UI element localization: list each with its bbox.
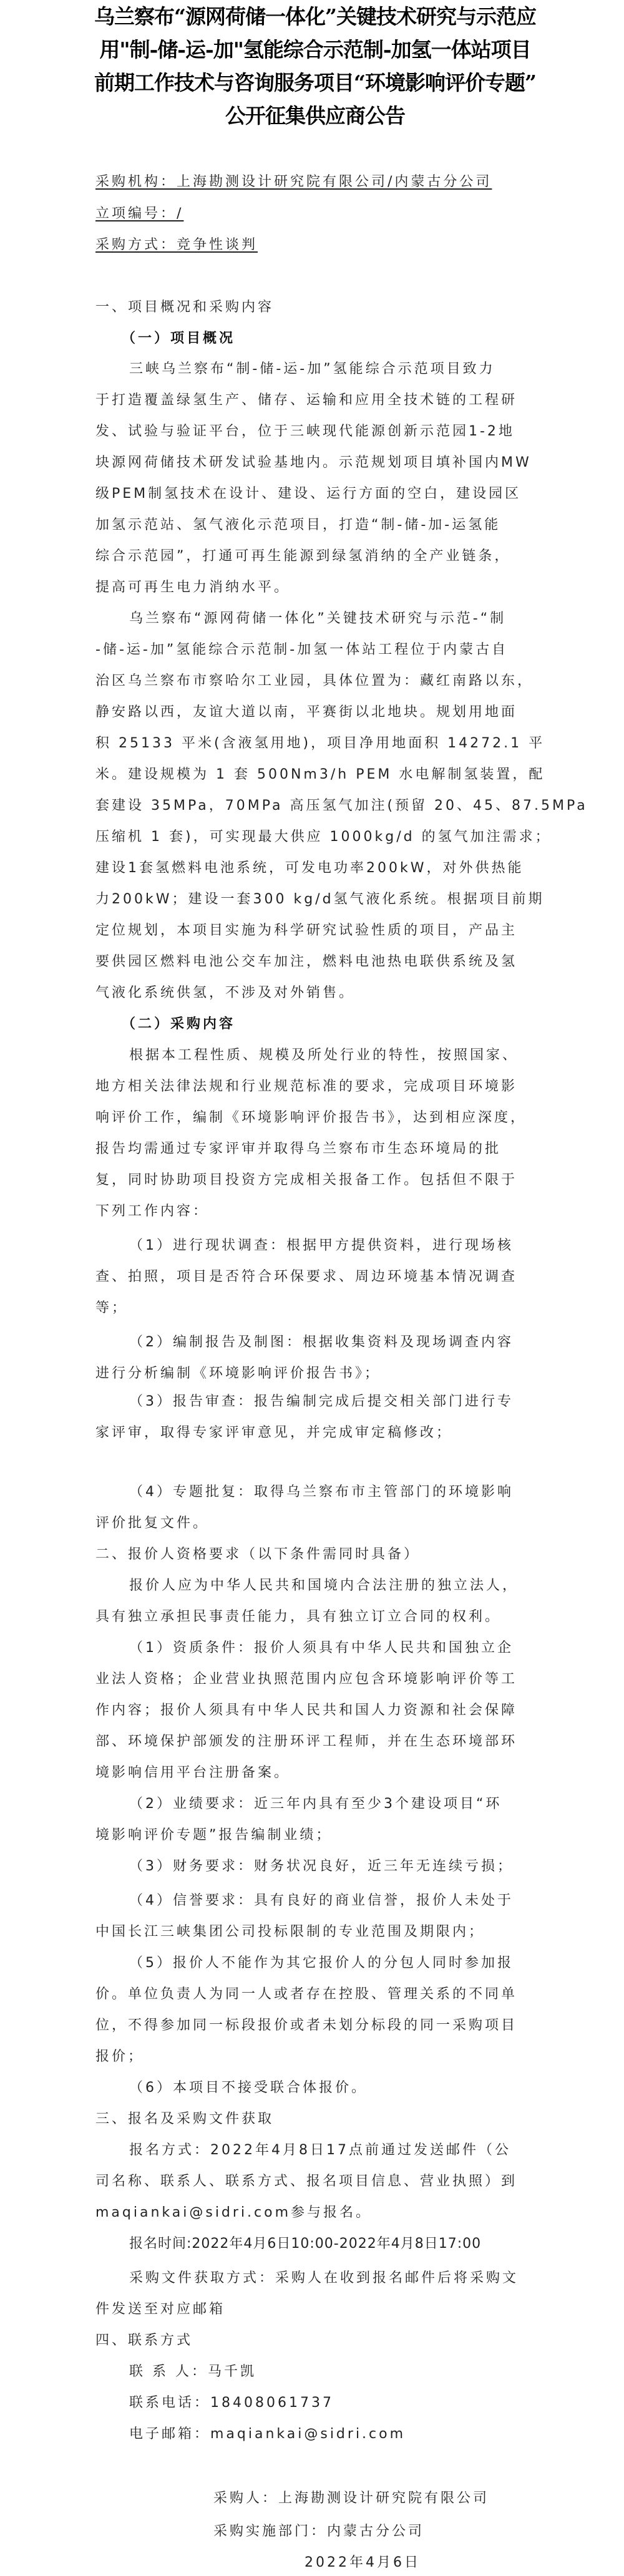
title-line: 前期工作技术与咨询服务项目“环境影响评价专题”: [94, 66, 537, 99]
list-item: （4）信誉要求：具有良好的商业信誉，报价人未处于: [129, 1892, 514, 1910]
paragraph-line: 力200kW；建设一套300 kg/d氢气液化系统。根据项目前期: [95, 890, 545, 909]
paragraph-line: 具有独立承担民事责任能力，具有独立订立合同的权利。: [95, 1608, 501, 1626]
procurement-method: 采购方式：竞争性谈判: [95, 236, 258, 255]
list-item: 境影响信用平台注册备案。: [95, 1764, 290, 1782]
paragraph-line: 报名方式：2022年4月8日17点前通过发送邮件（公: [129, 2141, 511, 2160]
paragraph-line: 气液化系统供氢，不涉及对外销售。: [95, 984, 355, 1003]
list-item: （3）财务要求：财务状况良好，近三年无连续亏损；: [129, 1857, 514, 1876]
paragraph-line: 压缩机 1 套)，可实现最大供应 1000kg/d 的氢气加注需求；: [95, 828, 552, 847]
list-item: （4）专题批复：取得乌兰察布市主管部门的环境影响: [129, 1483, 514, 1502]
announcement-date: 2022年4月6日: [305, 2554, 421, 2572]
list-item: 等；: [95, 1299, 128, 1318]
list-item: 业法人资格；企业营业执照范围内应包含环境影响评价等工: [95, 1670, 517, 1689]
paragraph-line: 综合示范园”，打通可再生能源到绿氢消纳的全产业链条，: [95, 547, 510, 566]
signup-time: 报名时间:2022年4月6日10:00-2022年4月8日17:00: [129, 2235, 481, 2253]
list-item: （2）业绩要求：近三年内具有至少3个建设项目“环: [129, 1795, 502, 1814]
paragraph-line: 级PEM制氢技术在设计、建设、运行方面的空白，建设园区: [95, 485, 521, 503]
paragraph-line: 米。建设规模为 1 套 500Nm3/h PEM 水电解制氢装置，配: [95, 766, 545, 784]
subsection-heading: （二）采购内容: [122, 1015, 235, 1034]
paragraph-line: 地方相关法律法规和行业规范标准的要求，完成项目环境影: [95, 1077, 517, 1096]
section-heading: 一、项目概况和采购内容: [95, 298, 274, 317]
paragraph-line: 复，同时协助项目投资方完成相关报备工作。包括但不限于: [95, 1171, 517, 1190]
list-item: 报价；: [95, 2048, 144, 2066]
paragraph-line: 治区乌兰察布市察哈尔工业园，具体位置为：藏红南路以东，: [95, 672, 534, 691]
list-item: 进行分析编制《环境影响评价报告书》；: [95, 1364, 381, 1383]
list-item: 价。单位负责人为同一人或者存在控股、管理关系的不同单: [95, 1985, 517, 2004]
subsection-heading: （一）项目概况: [122, 329, 235, 348]
paragraph-line: 提高可再生电力消纳水平。: [95, 578, 290, 597]
list-item: （1）资质条件：报价人须具有中华人民共和国独立企: [129, 1639, 514, 1658]
paragraph-line: 静安路以西，友谊大道以南，平赛街以北地块。规划用地面: [95, 703, 517, 722]
section-heading: 二、报价人资格要求（以下条件需同时具备）: [95, 1545, 420, 1564]
announcement-title: 乌兰察布“源网荷储一体化”关键技术研究与示范应 用"制-储-运-加"氢能综合示范…: [94, 0, 537, 132]
section-heading: 三、报名及采购文件获取: [95, 2110, 274, 2129]
list-item: 作内容；报价人须具有中华人民共和国人力资源和社会保障: [95, 1701, 517, 1720]
list-item: （1）进行现状调查：根据甲方提供资料，进行现场核: [129, 1237, 514, 1255]
title-line: 用"制-储-运-加"氢能综合示范制-加氢一体站项目: [94, 33, 537, 66]
list-item: 查、拍照，项目是否符合环保要求、周边环境基本情况调查: [95, 1268, 517, 1286]
paragraph-line: 根据本工程性质、规模及所处行业的特性，按照国家、: [129, 1046, 519, 1065]
section-heading: 四、联系方式: [95, 2331, 193, 2350]
paragraph-line: -储-运-加”氢能综合示范制-加氢一体站工程位于内蒙古自: [95, 641, 508, 659]
paragraph-line: 块源网荷储技术研发试验基地内。示范规划项目填补国内MW: [95, 454, 532, 472]
list-item: （6）本项目不接受联合体报价。: [129, 2079, 368, 2097]
paragraph-line: 发、试验与验证平台，位于三峡现代能源创新示范园1-2地: [95, 422, 515, 441]
contact-phone: 联系电话：18408061737: [129, 2394, 334, 2413]
paragraph-line: 积 25133 平米(含液氢用地)，项目净用地面积 14272.1 平: [95, 734, 545, 753]
paragraph-line: 报价人应为中华人民共和国境内合法注册的独立法人，: [129, 1577, 519, 1595]
paragraph-line: 下列工作内容：: [95, 1202, 209, 1221]
implementing-department: 采购实施部门：内蒙古分公司: [213, 2522, 424, 2541]
paragraph-line: 于打造覆盖绿氢生产、储存、运输和应用全技术链的工程研: [95, 391, 517, 410]
paragraph-line: 要供园区燃料电池公交车加注，燃料电池热电联供系统及氢: [95, 953, 517, 971]
procurement-agency: 采购机构：上海勘测设计研究院有限公司/内蒙古分公司: [95, 173, 492, 192]
list-item: （5）报价人不能作为其它报价人的分包人同时参加报: [129, 1954, 514, 1973]
paragraph-line: 建设1套氢燃料电池系统，可发电功率200kW，对外供热能: [95, 859, 524, 878]
list-item: 中国长江三峡集团公司投标限制的专业范围及期限内；: [95, 1923, 485, 1942]
contact-email: 电子邮箱：maqiankai@sidri.com: [129, 2425, 406, 2444]
paragraph-line: 乌兰察布“源网荷储一体化”关键技术研究与示范-“制: [129, 610, 506, 628]
title-line: 公开征集供应商公告: [94, 99, 537, 132]
list-item: （3）报告审查：报告编制完成后提交相关部门进行专: [129, 1392, 514, 1411]
signup-email-line: maqiankai@sidri.com参与报名。: [95, 2204, 372, 2222]
list-item: 部、环境保护部颁发的注册环评工程师，并在生态环境部环: [95, 1733, 517, 1751]
announcement-page: 乌兰察布“源网荷储一体化”关键技术研究与示范应 用"制-储-运-加"氢能综合示范…: [0, 0, 624, 2576]
list-item: 家评审，取得专家评审意见，并完成审定稿修改；: [95, 1424, 452, 1442]
paragraph-line: 采购文件获取方式：采购人在收到报名邮件后将采购文: [129, 2269, 519, 2288]
paragraph-line: 报告均需通过专家评审并取得乌兰察布市生态环境局的批: [95, 1140, 501, 1159]
list-item: 境影响评价专题”报告编制业绩；: [95, 1826, 332, 1845]
paragraph-line: 三峡乌兰察布“制-储-运-加”氢能综合示范项目致力: [129, 360, 495, 379]
paragraph-line: 司名称、联系人、联系方式、报名项目信息、营业执照）到: [95, 2172, 517, 2191]
list-item: 位，不得参加同一标段报价或者未划分标段的同一采购项目: [95, 2016, 517, 2035]
paragraph-line: 加氢示范站、氢气液化示范项目，打造“制-储-加-运氢能: [95, 516, 500, 535]
paragraph-line: 定位规划，本项目实施为科学研究试验性质的项目，产品主: [95, 921, 517, 940]
paragraph-line: 件发送至对应邮箱: [95, 2300, 225, 2319]
purchaser: 采购人：上海勘测设计研究院有限公司: [213, 2489, 489, 2508]
paragraph-line: 响评价工作，编制《环境影响评价报告书》，达到相应深度，: [95, 1109, 527, 1127]
list-item: （2）编制报告及制图：根据收集资料及现场调查内容: [129, 1333, 514, 1352]
list-item: 评价批复文件。: [95, 1514, 209, 1533]
contact-person: 联 系 人：马千凯: [129, 2363, 256, 2381]
project-number: 立项编号：/: [95, 205, 183, 223]
paragraph-line: 套建设 35MPa，70MPa 高压氢气加注(预留 20、45、87.5MPa: [95, 797, 588, 815]
title-line: 乌兰察布“源网荷储一体化”关键技术研究与示范应: [94, 0, 537, 33]
